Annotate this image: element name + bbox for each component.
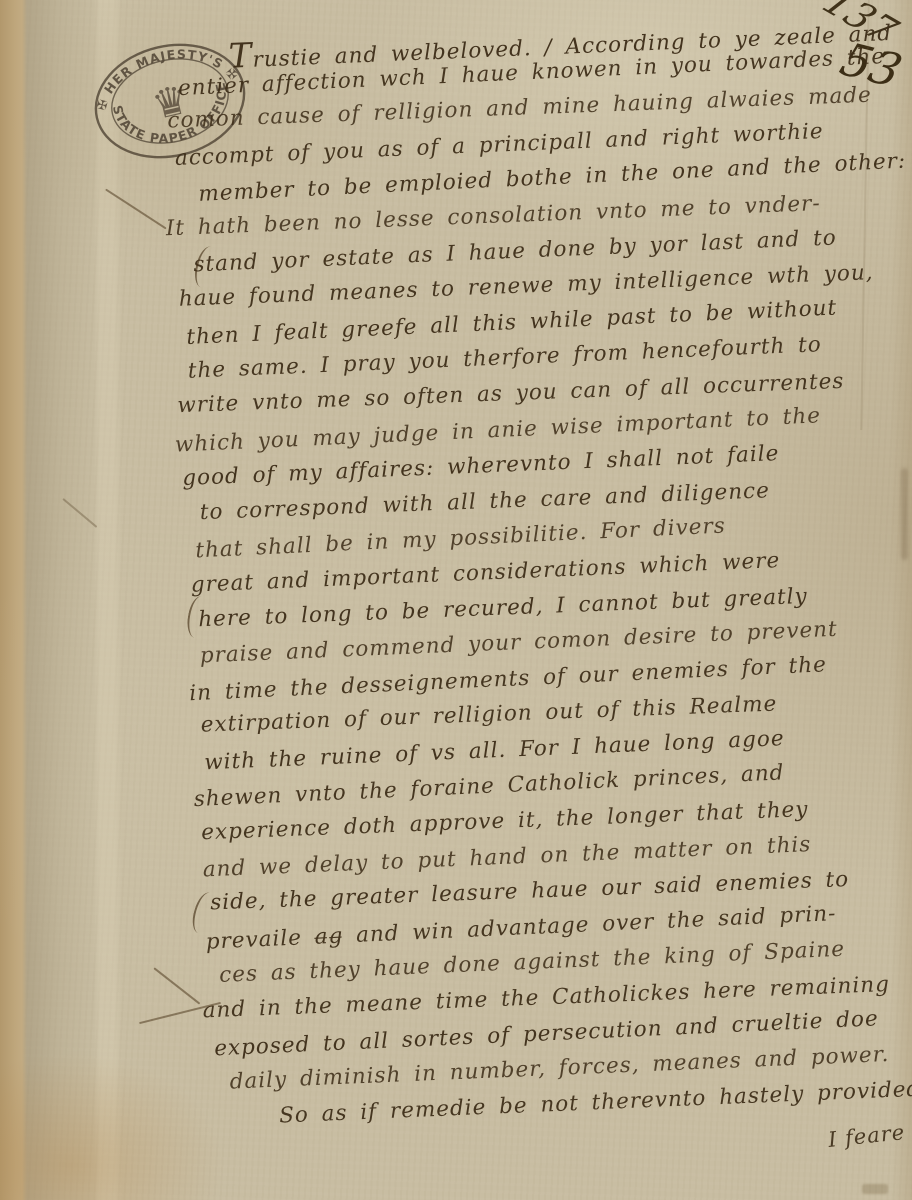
catchword: I feare <box>827 1120 906 1152</box>
faint-corner-mark <box>862 1184 888 1194</box>
manuscript-page: ✠ HER MAJESTY'S ✠ STATE PAPER OFFICE ♛ 1… <box>0 0 912 1200</box>
pen-stroke <box>63 498 98 528</box>
edge-ink-smudge <box>901 468 908 560</box>
letter-body: Trustie and welbeloved. / According to y… <box>150 9 912 1143</box>
